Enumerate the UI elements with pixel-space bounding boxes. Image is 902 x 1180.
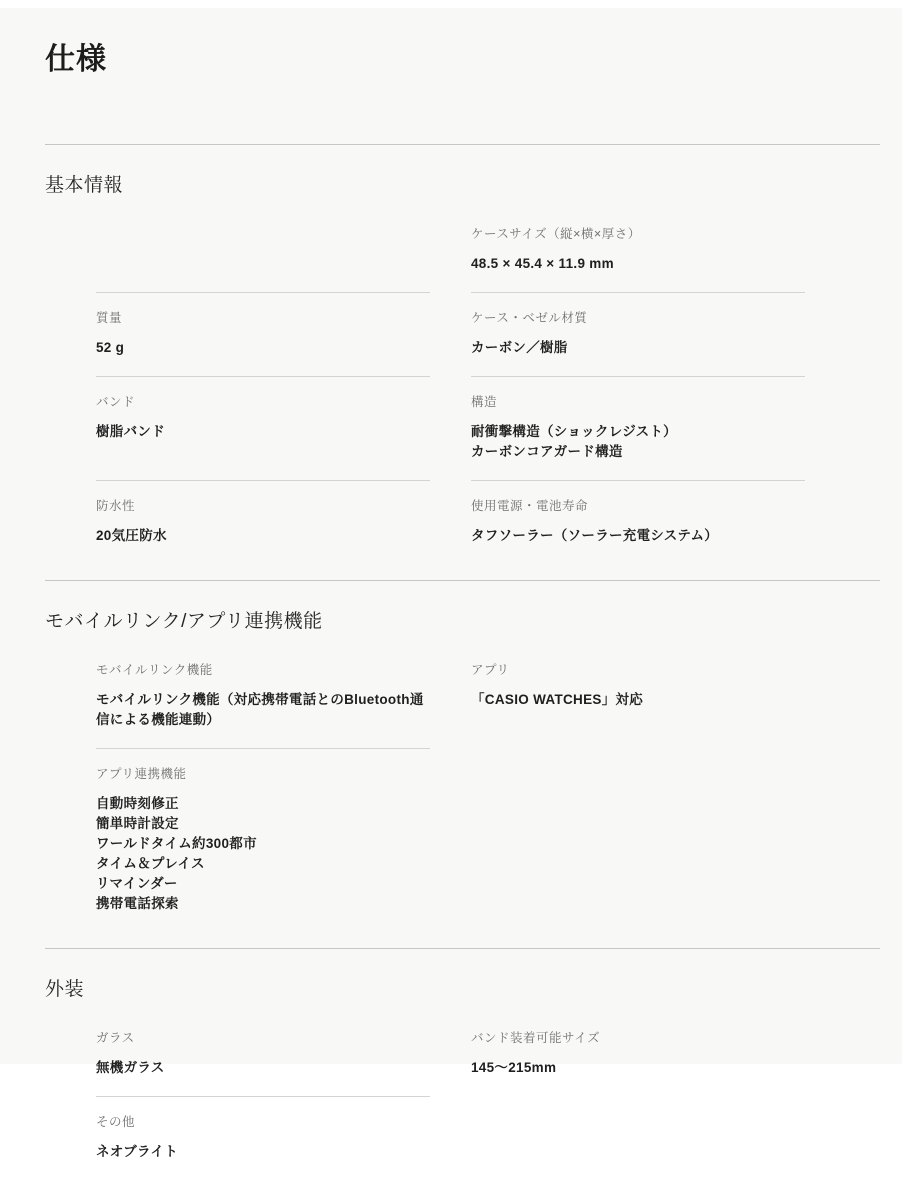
spec-value: 「CASIO WATCHES」対応 <box>471 690 805 710</box>
spec-label: 使用電源・電池寿命 <box>471 498 805 514</box>
spec-cell-mobile-link-function: モバイルリンク機能 モバイルリンク機能（対応携帯電話とのBluetooth通信に… <box>96 645 430 748</box>
section-mobile-link: モバイルリンク/アプリ連携機能 モバイルリンク機能 モバイルリンク機能（対応携帯… <box>45 606 880 932</box>
spec-value: カーボン／樹脂 <box>471 338 805 358</box>
spec-label: モバイルリンク機能 <box>96 662 430 678</box>
spec-grid: ガラス 無機ガラス バンド装着可能サイズ 145〜215mm その他 ネオブライ… <box>96 1013 805 1080</box>
spec-label: アプリ連携機能 <box>96 766 430 782</box>
spec-value: 145〜215mm <box>471 1058 805 1078</box>
spec-cell-power-source: 使用電源・電池寿命 タフソーラー（ソーラー充電システム） <box>471 480 805 564</box>
spec-value: モバイルリンク機能（対応携帯電話とのBluetooth通信による機能連動） <box>96 690 430 730</box>
spec-value: 48.5 × 45.4 × 11.9 mm <box>471 254 805 274</box>
spec-grid: ケースサイズ（縦×横×厚さ） 48.5 × 45.4 × 11.9 mm 質量 … <box>96 209 805 564</box>
spec-cell-empty <box>471 748 805 932</box>
spec-value: 自動時刻修正 簡単時計設定 ワールドタイム約300都市 タイム＆プレイス リマイ… <box>96 794 430 914</box>
spec-cell-app-link-functions: アプリ連携機能 自動時刻修正 簡単時計設定 ワールドタイム約300都市 タイム＆… <box>96 748 430 932</box>
spec-cell-band-size: バンド装着可能サイズ 145〜215mm <box>471 1013 805 1080</box>
section-divider <box>45 580 880 581</box>
spec-value: 無機ガラス <box>96 1058 430 1078</box>
spec-value: 20気圧防水 <box>96 526 430 546</box>
spec-label: ケースサイズ（縦×横×厚さ） <box>471 226 805 242</box>
section-divider <box>45 948 880 949</box>
spec-cell-case-size: ケースサイズ（縦×横×厚さ） 48.5 × 45.4 × 11.9 mm <box>471 209 805 292</box>
section-divider <box>45 144 880 145</box>
spec-cell-empty <box>96 209 430 292</box>
spec-cell-band: バンド 樹脂バンド <box>96 376 430 480</box>
spec-value: 樹脂バンド <box>96 422 430 442</box>
spec-cell-structure: 構造 耐衝撃構造（ショックレジスト） カーボンコアガード構造 <box>471 376 805 480</box>
spec-label: 構造 <box>471 394 805 410</box>
spec-value: 52 g <box>96 338 430 358</box>
spec-label: バンド装着可能サイズ <box>471 1030 805 1046</box>
section-exterior: 外装 ガラス 無機ガラス バンド装着可能サイズ 145〜215mm その他 ネオ… <box>45 974 880 1080</box>
section-heading: モバイルリンク/アプリ連携機能 <box>45 606 880 633</box>
spec-label: アプリ <box>471 662 805 678</box>
spec-label: 質量 <box>96 310 430 326</box>
spec-page: 仕様 基本情報 ケースサイズ（縦×横×厚さ） 48.5 × 45.4 × 11.… <box>0 8 902 1064</box>
spec-label: ガラス <box>96 1030 430 1046</box>
spec-cell-app: アプリ 「CASIO WATCHES」対応 <box>471 645 805 748</box>
section-heading: 外装 <box>45 974 880 1001</box>
spec-grid: モバイルリンク機能 モバイルリンク機能（対応携帯電話とのBluetooth通信に… <box>96 645 805 932</box>
spec-value: 耐衝撃構造（ショックレジスト） カーボンコアガード構造 <box>471 422 805 462</box>
section-heading: 基本情報 <box>45 170 880 197</box>
spec-cell-glass: ガラス 無機ガラス <box>96 1013 430 1080</box>
section-basic-info: 基本情報 ケースサイズ（縦×横×厚さ） 48.5 × 45.4 × 11.9 m… <box>45 170 880 564</box>
spec-cell-case-material: ケース・ベゼル材質 カーボン／樹脂 <box>471 292 805 376</box>
spec-cell-weight: 質量 52 g <box>96 292 430 376</box>
spec-label: 防水性 <box>96 498 430 514</box>
page-title: 仕様 <box>45 34 880 78</box>
spec-value: タフソーラー（ソーラー充電システム） <box>471 526 805 546</box>
spec-cell-water-resistance: 防水性 20気圧防水 <box>96 480 430 564</box>
spec-label: バンド <box>96 394 430 410</box>
spec-content: 仕様 基本情報 ケースサイズ（縦×横×厚さ） 48.5 × 45.4 × 11.… <box>0 8 902 1080</box>
spec-label: ケース・ベゼル材質 <box>471 310 805 326</box>
